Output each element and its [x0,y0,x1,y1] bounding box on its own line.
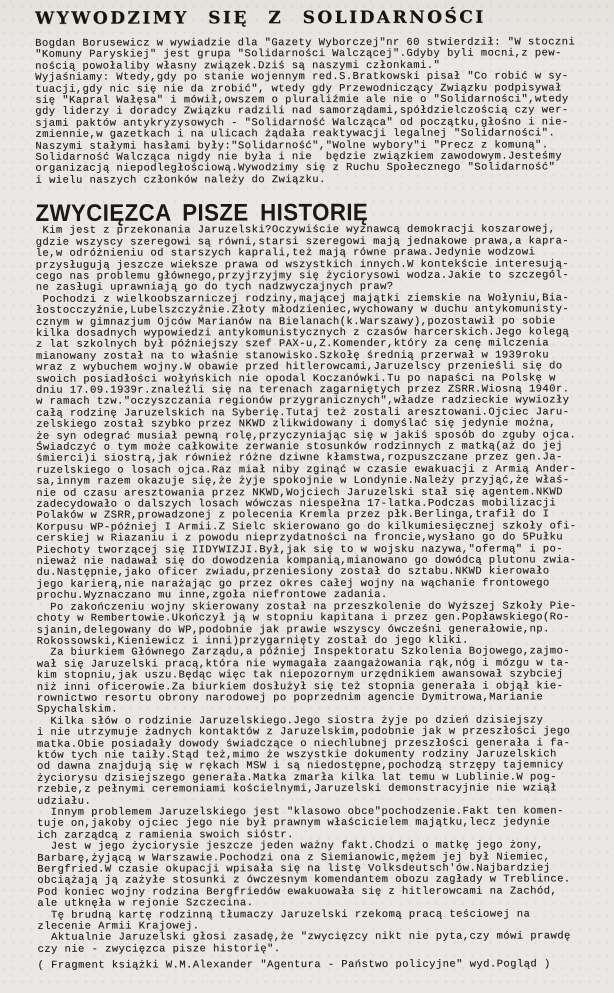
body-paragraph-9: Aktualnie Jaruzelski głosi zasadę,że "zw… [37,932,590,956]
body-paragraph-3: Po zakończeniu wojny skierowany został n… [37,601,590,648]
scanned-page: WYWODZIMY SIĘ Z SOLIDARNOŚCI Bogdan Boru… [0,0,614,993]
body-paragraph-4: Za biurkiem Głównego Zarządu,a później I… [37,647,590,717]
body-paragraph-7: Jest w jego życiorysie jeszcze jeden waż… [37,840,590,910]
body-paragraph-1: Kim jest z przekonania Jaruzelski?Oczywi… [36,225,589,295]
source-note: ( Fragment książki W.M.Alexander "Agentu… [37,960,590,973]
body-paragraph-6: Innym problemem Jaruzelskiego jest "klas… [37,806,590,842]
body-paragraph-5: Kilka słów o rodzinie Jaruzelskiego.Jego… [37,715,590,808]
headline-zwyciezca-pisze-historie: ZWYCIĘZCA PISZE HISTORIĘ [36,199,572,225]
intro-paragraph: Bogdan Borusewicz w wywiadzie dla "Gazet… [35,37,588,187]
body-paragraph-2: Pochodzi z wielkoobszarniczej rodziny,ma… [36,293,590,602]
page-content: WYWODZIMY SIĘ Z SOLIDARNOŚCI Bogdan Boru… [35,7,591,972]
headline-wywodzimy-sie-z-solidarnosci: WYWODZIMY SIĘ Z SOLIDARNOŚCI [35,7,588,28]
